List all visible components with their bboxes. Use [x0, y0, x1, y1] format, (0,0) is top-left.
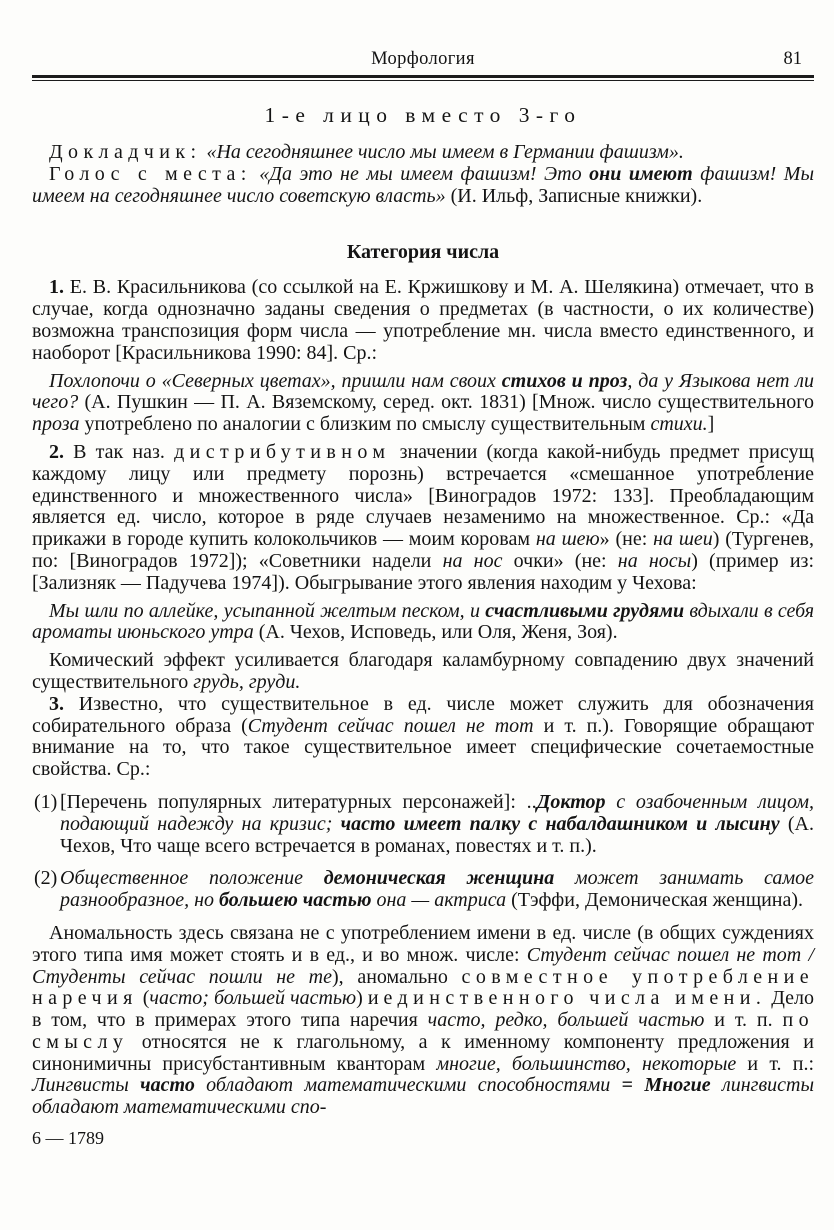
- page-header: Морфология 81: [32, 48, 814, 70]
- numbered-example-2: (2) Общественное положение демоническая …: [32, 868, 814, 912]
- book-page: Морфология 81 1-е лицо вместо 3-го Докла…: [0, 0, 834, 1230]
- text-run: (: [138, 987, 150, 1009]
- numbered-example-2-text: Общественное положение демоническая женщ…: [60, 868, 814, 912]
- example-quote-chekhov: Мы шли по аллейке, усыпанной желтым песк…: [32, 601, 814, 645]
- text-run: (А. Чехов, Исповедь, или Оля, Женя, Зоя)…: [254, 621, 618, 643]
- text-run: Голос с места:: [49, 163, 252, 185]
- text-run: В так наз.: [64, 441, 174, 463]
- text-run: Студент сейчас пошел не тот: [248, 715, 534, 737]
- text-run: ]: [708, 413, 715, 435]
- text-run: «Да это не мы имеем фашизм! Это: [252, 163, 589, 185]
- text-run: [Перечень популярных литературных персон…: [60, 791, 537, 813]
- paragraph-4: Аномальность здесь связана не с употребл…: [32, 923, 814, 1119]
- text-run: Докладчик:: [49, 141, 201, 163]
- text-run: многие, большинство, некоторые: [436, 1053, 736, 1075]
- paragraph-1: 1. Е. В. Красильникова (со ссылкой на Е.…: [32, 277, 814, 364]
- text-run: они имеют: [589, 163, 693, 185]
- text-run: стихов и проз: [502, 370, 628, 392]
- text-run: часто, редко, большей частью: [428, 1009, 705, 1031]
- text-run: 1.: [49, 276, 64, 298]
- text-run: Комический эффект усиливается благодаря …: [32, 649, 814, 693]
- text-run: демоническая женщина: [324, 867, 555, 889]
- text-run: (И. Ильф, Записные книжки).: [446, 185, 703, 207]
- text-run: (Тэффи, Демоническая женщина).: [506, 889, 803, 911]
- section-title: 1-е лицо вместо 3-го: [32, 101, 814, 129]
- paragraph-3: 3. Известно, что существительное в ед. ч…: [32, 694, 814, 781]
- print-signature: 6 — 1789: [32, 1128, 814, 1150]
- paragraph-2: 2. В так наз. дистрибутивном значении (к…: [32, 442, 814, 595]
- text-run: =: [610, 1074, 644, 1096]
- text-run: употреблено по аналогии с близким по смы…: [80, 413, 651, 435]
- numbered-example-1-text: [Перечень популярных литературных персон…: [60, 792, 814, 857]
- text-run: Доктор: [537, 791, 606, 813]
- text-run: Похлопочи о «Северных цветах», пришли на…: [49, 370, 502, 392]
- text-run: единственного числа имени.: [384, 987, 767, 1009]
- text-run: обладают математическими способностями: [195, 1074, 610, 1096]
- example-quote-pushkin: Похлопочи о «Северных цветах», пришли на…: [32, 371, 814, 436]
- text-run: (А. Пушкин — П. А. Вяземскому, серед. ок…: [78, 391, 814, 413]
- text-run: грудь, груди.: [193, 671, 300, 693]
- list-marker-2: (2): [34, 868, 57, 890]
- text-run: стихи.: [650, 413, 707, 435]
- text-run: на носы: [618, 550, 691, 572]
- text-run: на шею: [536, 528, 600, 550]
- header-rule: [32, 75, 814, 81]
- text-run: часто имеет палку с набалдашником и лыси…: [341, 813, 780, 835]
- text-run: ), аномально: [332, 966, 462, 988]
- text-run: на нос: [443, 550, 503, 572]
- text-run: большею частью: [219, 889, 371, 911]
- list-marker-1: (1): [34, 792, 57, 814]
- paragraph-comic-effect: Комический эффект усиливается благодаря …: [32, 650, 814, 694]
- text-run: ) и: [356, 987, 383, 1009]
- dialog-line-voice: Голос с места: «Да это не мы имеем фашиз…: [32, 164, 814, 208]
- text-run: » (не:: [600, 528, 653, 550]
- text-run: Общественное положение: [60, 867, 324, 889]
- text-run: Многие: [644, 1074, 710, 1096]
- text-run: 3.: [49, 693, 64, 715]
- text-run: Лингвисты: [32, 1074, 140, 1096]
- text-run: она — актриса: [371, 889, 506, 911]
- dialog-line-speaker: Докладчик: «На сегодняшнее число мы имее…: [32, 142, 814, 164]
- text-run: Мы шли по аллейке, усыпанной желтым песк…: [49, 600, 485, 622]
- subsection-heading: Категория числа: [32, 240, 814, 264]
- text-run: счастливыми грудями: [485, 600, 684, 622]
- text-run: очки» (не:: [502, 550, 617, 572]
- text-run: Е. В. Красильникова (со ссылкой на Е. Кр…: [32, 276, 814, 363]
- text-run: и т. п.: [704, 1009, 782, 1031]
- text-run: на шеи: [653, 528, 713, 550]
- page-number: 81: [784, 48, 803, 70]
- text-run: «На сегодняшнее число мы имеем в Германи…: [201, 141, 683, 163]
- text-run: дистрибутивном: [174, 441, 390, 463]
- text-run: проза: [32, 413, 80, 435]
- text-run: и т. п.:: [736, 1053, 814, 1075]
- numbered-example-1: (1) [Перечень популярных литературных пе…: [32, 792, 814, 857]
- running-title: Морфология: [371, 48, 475, 70]
- text-run: часто; большей частью: [149, 987, 356, 1009]
- text-run: часто: [140, 1074, 195, 1096]
- text-run: 2.: [49, 441, 64, 463]
